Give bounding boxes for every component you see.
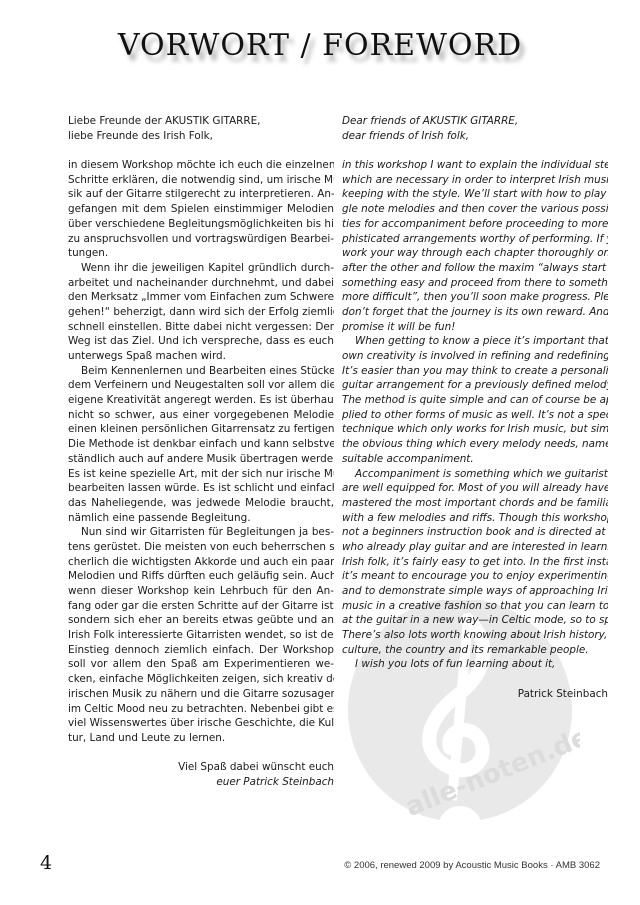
paragraph-line: sondern sich eher an bereits etwas geübt…	[68, 613, 334, 628]
paragraph-line: Irish folk, it’s fairly easy to get into…	[342, 555, 608, 570]
paragraph-line: phisticated arrangements worthy of perfo…	[342, 232, 608, 247]
paragraph-line: Die Methode ist denkbar einfach und kann…	[68, 437, 334, 452]
paragraph-line: gle note melodies and then cover the var…	[342, 202, 608, 217]
paragraph-line: dem Verfeinern und Neugestalten soll vor…	[68, 378, 334, 393]
paragraph-line: Es ist keine spezielle Art, mit der sich…	[68, 467, 334, 482]
paragraph-line: after the other and follow the maxim “al…	[342, 261, 608, 276]
paragraph-line: ständlich auch auf andere Musik übertrag…	[68, 452, 334, 467]
paragraph-line: mastered the most important chords and b…	[342, 496, 608, 511]
paragraph-line: When getting to know a piece it’s import…	[342, 334, 608, 349]
paragraph-line: soll vor allem den Spaß am Experimentier…	[68, 657, 334, 672]
signature: Patrick Steinbach	[342, 687, 608, 702]
closing-line: Viel Spaß dabei wünscht euch	[68, 760, 334, 775]
paragraph-line: den Merksatz „Immer vom Einfachen zum Sc…	[68, 290, 334, 305]
paragraph-line: not a beginners instruction book and is …	[342, 525, 608, 540]
paragraph-line: bearbeiten lassen würde. Es ist schlicht…	[68, 481, 334, 496]
paragraph-line: nämlich eine passende Begleitung.	[68, 511, 334, 526]
paragraph-line: zu anspruchsvollen und vortragswürdigen …	[68, 232, 334, 247]
paragraph-line: It’s easier than you may think to create…	[342, 364, 608, 379]
paragraph-line: viel Wissenswertes über irische Geschich…	[68, 716, 334, 731]
paragraph-line: and to demonstrate simple ways of approa…	[342, 584, 608, 599]
spacer	[342, 143, 608, 158]
paragraph-line: tur, Land und Leute zu lernen.	[68, 731, 334, 746]
paragraph-line: with a few melodies and riffs. Though th…	[342, 511, 608, 526]
paragraph-line: at the guitar in a new way—in Celtic mod…	[342, 613, 608, 628]
paragraph-line: the obvious thing which every melody nee…	[342, 437, 608, 452]
paragraph-line: arbeitet und nacheinander durchnehmt, un…	[68, 276, 334, 291]
paragraph-line: Melodien und Riffs dürften euch geläufig…	[68, 569, 334, 584]
paragraph-line: sik auf der Gitarre stilgerecht zu inter…	[68, 187, 334, 202]
paragraph-line: Beim Kennenlernen und Bearbeiten eines S…	[68, 364, 334, 379]
paragraph-line: gehen!“ beherzigt, dann wird sich der Er…	[68, 305, 334, 320]
paragraph-line: something easy and proceed from there to…	[342, 276, 608, 291]
paragraph-line: eigene Kreativität angeregt werden. Es i…	[68, 393, 334, 408]
spacer	[68, 143, 334, 158]
paragraph-line: plied to other forms of music as well. I…	[342, 408, 608, 423]
salutation-line: Liebe Freunde der AKUSTIK GITARRE,	[68, 114, 334, 129]
page-number: 4	[40, 852, 52, 874]
paragraph-line: more difficult”, then you’ll soon make p…	[342, 290, 608, 305]
paragraph-line: im Celtic Mood neu zu betrachten. Nebenb…	[68, 702, 334, 717]
salutation-line: liebe Freunde des Irish Folk,	[68, 129, 334, 144]
salutation-line: Dear friends of AKUSTIK GITARRE,	[342, 114, 608, 129]
english-column: Dear friends of AKUSTIK GITARRE,dear fri…	[342, 114, 608, 702]
page-title: VORWORT / FOREWORD	[0, 28, 640, 63]
paragraph-line: who already play guitar and are interest…	[342, 540, 608, 555]
paragraph-line: promise it will be fun!	[342, 320, 608, 335]
paragraph-line: tens gerüstet. Die meisten von euch behe…	[68, 540, 334, 555]
paragraph-line: Einstieg dennoch ziemlich einfach. Der W…	[68, 643, 334, 658]
paragraph-line: keeping with the style. We’ll start with…	[342, 187, 608, 202]
paragraph-line: technique which only works for Irish mus…	[342, 422, 608, 437]
paragraph-line: in diesem Workshop möchte ich euch die e…	[68, 158, 334, 173]
signature: euer Patrick Steinbach	[68, 775, 334, 790]
paragraph-line: guitar arrangement for a previously defi…	[342, 378, 608, 393]
paragraph-line: cken, einfache Möglichkeiten zeigen, sic…	[68, 672, 334, 687]
paragraph-line: which are necessary in order to interpre…	[342, 173, 608, 188]
paragraph-line: it’s meant to encourage you to enjoy exp…	[342, 569, 608, 584]
paragraph-line: music in a creative fashion so that you …	[342, 599, 608, 614]
paragraph-line: wenn dieser Workshop kein Lehrbuch für d…	[68, 584, 334, 599]
paragraph-line: nicht so schwer, aus einer vorgegebenen …	[68, 408, 334, 423]
paragraph-line: unterwegs Spaß machen wird.	[68, 349, 334, 364]
paragraph-line: fang oder gar die ersten Schritte auf de…	[68, 599, 334, 614]
paragraph-line: I wish you lots of fun learning about it…	[342, 657, 608, 672]
salutation-line: dear friends of Irish folk,	[342, 129, 608, 144]
paragraph-line: ties for accompaniment before proceeding…	[342, 217, 608, 232]
paragraph-line: einen kleinen persönlichen Gitarrensatz …	[68, 422, 334, 437]
paragraph-line: Weg ist das Ziel. Und ich verspreche, da…	[68, 334, 334, 349]
paragraph-line: irischen Musik zu nähern und die Gitarre…	[68, 687, 334, 702]
paragraph-line: don’t forget that the journey is its own…	[342, 305, 608, 320]
german-column: Liebe Freunde der AKUSTIK GITARRE,liebe …	[68, 114, 334, 790]
paragraph-line: culture, the country and its remarkable …	[342, 643, 608, 658]
paragraph-line: in this workshop I want to explain the i…	[342, 158, 608, 173]
spacer	[68, 746, 334, 761]
paragraph-line: das Naheliegende, was jedwede Melodie br…	[68, 496, 334, 511]
paragraph-line: work your way through each chapter thoro…	[342, 246, 608, 261]
paragraph-line: über verschiedene Begleitungsmöglichkeit…	[68, 217, 334, 232]
paragraph-line: are well equipped for. Most of you will …	[342, 481, 608, 496]
spacer	[342, 672, 608, 687]
paragraph-line: Irish Folk interessierte Gitarristen wen…	[68, 628, 334, 643]
paragraph-line: There’s also lots worth knowing about Ir…	[342, 628, 608, 643]
paragraph-line: Nun sind wir Gitarristen für Begleitunge…	[68, 525, 334, 540]
paragraph-line: Schritte erklären, die notwendig sind, u…	[68, 173, 334, 188]
paragraph-line: gefangen mit dem Spielen einstimmiger Me…	[68, 202, 334, 217]
paragraph-line: Accompaniment is something which we guit…	[342, 467, 608, 482]
copyright-notice: © 2006, renewed 2009 by Acoustic Music B…	[344, 860, 600, 871]
paragraph-line: cherlich die wichtigsten Akkorde und auc…	[68, 555, 334, 570]
paragraph-line: own creativity is involved in refining a…	[342, 349, 608, 364]
paragraph-line: tungen.	[68, 246, 334, 261]
paragraph-line: suitable accompaniment.	[342, 452, 608, 467]
paragraph-line: Wenn ihr die jeweiligen Kapitel gründlic…	[68, 261, 334, 276]
paragraph-line: schnell einstellen. Bitte dabei nicht ve…	[68, 320, 334, 335]
paragraph-line: The method is quite simple and can of co…	[342, 393, 608, 408]
